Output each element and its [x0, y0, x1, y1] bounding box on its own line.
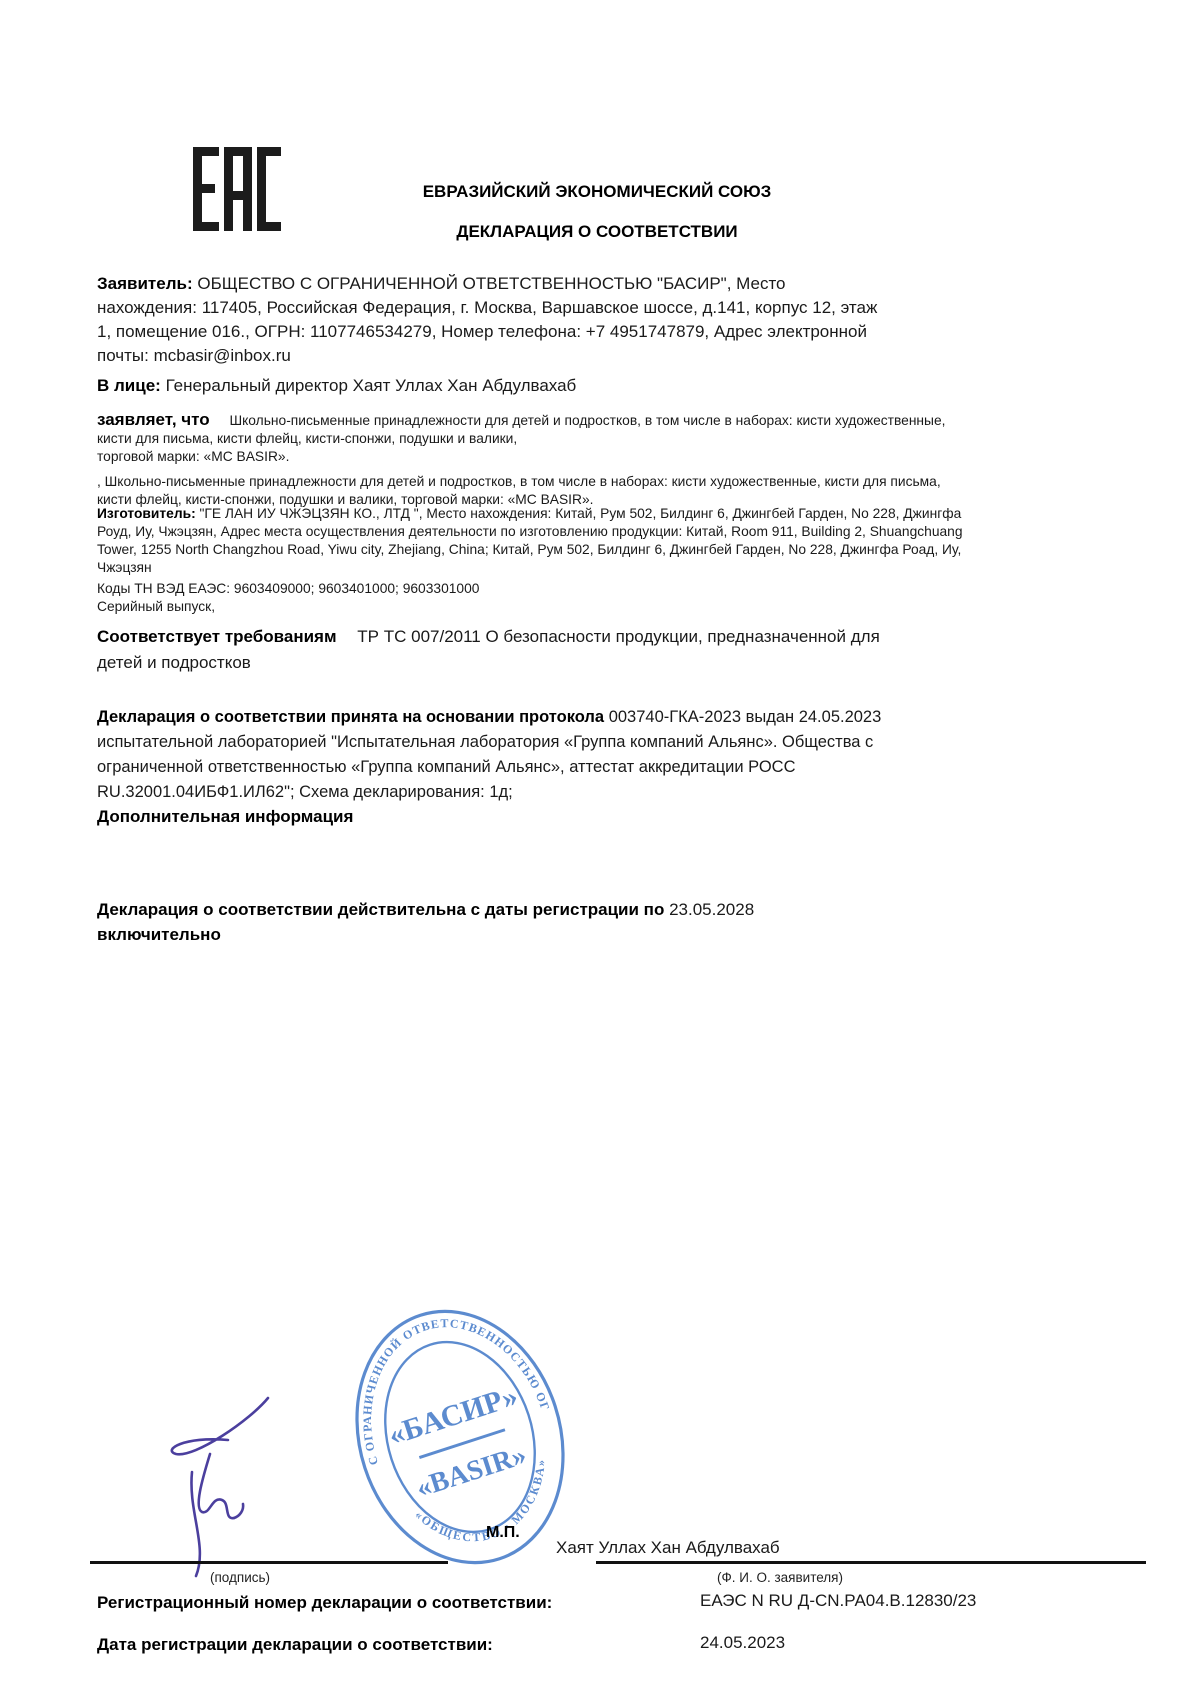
product-brand-line: торговой марки: «МС BASIR». — [97, 448, 1097, 466]
person-paragraph: В лице: Генеральный директор Хаят Уллах … — [97, 374, 1097, 398]
product-repeat-paragraph: , Школьно-письменные принадлежности для … — [97, 473, 1097, 509]
manufacturer-line4: Чжэцзян — [97, 559, 1097, 577]
validity-label: Декларация о соответствии действительна … — [97, 900, 664, 919]
basis-label: Декларация о соответствии принята на осн… — [97, 708, 604, 726]
compliance-label: Соответствует требованиям — [97, 627, 337, 646]
fullname-caption: (Ф. И. О. заявителя) — [640, 1570, 920, 1585]
stamp-center-latin: «BASIR» — [412, 1439, 530, 1504]
registration-date-value: 24.05.2023 — [700, 1633, 785, 1653]
header-doc-title: ДЕКЛАРАЦИЯ О СООТВЕТСТВИИ — [97, 220, 1097, 244]
applicant-paragraph: Заявитель: ОБЩЕСТВО С ОГРАНИЧЕННОЙ ОТВЕТ… — [97, 272, 1097, 368]
applicant-fullname: Хаят Уллах Хан Абдулвахаб — [556, 1536, 780, 1560]
declares-paragraph: заявляет, что Школьно-письменные принадл… — [97, 411, 1097, 466]
declares-label: заявляет, что — [97, 410, 210, 429]
compliance-paragraph: Соответствует требованиям ТР ТС 007/2011… — [97, 624, 1097, 676]
signature-caption: (подпись) — [150, 1570, 330, 1585]
manufacturer-line2: Роуд, Иу, Чжэцзян, Адрес места осуществл… — [97, 523, 1097, 541]
validity-suffix: включительно — [97, 922, 1097, 947]
company-stamp: С ОГРАНИЧЕННОЙ ОТВЕТСТВЕННОСТЬЮ ОГРН 110… — [330, 1272, 590, 1602]
signature-line-left — [90, 1561, 448, 1564]
signature-scribble — [150, 1380, 280, 1580]
manufacturer-paragraph: Изготовитель: "ГЕ ЛАН ИУ ЧЖЭЦЗЯН КО., ЛТ… — [97, 505, 1097, 577]
stamp-center-cyrillic: «БАСИР» — [384, 1379, 521, 1452]
basis-line3: ограниченной ответственностью «Группа ко… — [97, 755, 1097, 780]
manufacturer-line3: Tower, 1255 North Changzhou Road, Yiwu c… — [97, 541, 1097, 559]
declaration-document-page: ЕВРАЗИЙСКИЙ ЭКОНОМИЧЕСКИЙ СОЮЗ ДЕКЛАРАЦИ… — [0, 0, 1190, 1683]
validity-paragraph: Декларация о соответствии действительна … — [97, 897, 1097, 947]
stamp-place-label: М.П. — [486, 1524, 520, 1542]
applicant-line4: почты: mcbasir@inbox.ru — [97, 344, 1097, 368]
product-line2: кисти для письма, кисти флейц, кисти-спо… — [97, 430, 1097, 448]
additional-info-heading: Дополнительная информация — [97, 805, 1097, 829]
applicant-line1: ОБЩЕСТВО С ОГРАНИЧЕННОЙ ОТВЕТСТВЕННОСТЬЮ… — [197, 274, 785, 293]
basis-line1: 003740-ГКА-2023 выдан 24.05.2023 — [609, 708, 882, 726]
applicant-line2: нахождения: 117405, Российская Федерация… — [97, 296, 1097, 320]
registration-number-value: ЕАЭС N RU Д-CN.РА04.В.12830/23 — [700, 1591, 976, 1611]
manufacturer-label: Изготовитель: — [97, 506, 196, 521]
compliance-line1: ТР ТС 007/2011 О безопасности продукции,… — [357, 627, 880, 646]
compliance-line2: детей и подростков — [97, 650, 1097, 676]
repeat-line1: , Школьно-письменные принадлежности для … — [97, 473, 1097, 491]
tnved-codes: Коды ТН ВЭД ЕАЭС: 9603409000; 9603401000… — [97, 580, 1097, 598]
product-line1: Школьно-письменные принадлежности для де… — [229, 413, 945, 428]
basis-line4: RU.32001.04ИБФ1.ИЛ62"; Схема декларирова… — [97, 780, 1097, 805]
registration-number-label: Регистрационный номер декларации о соотв… — [97, 1591, 552, 1615]
person-text: Генеральный директор Хаят Уллах Хан Абду… — [166, 376, 577, 395]
applicant-line3: 1, помещение 016., ОГРН: 1107746534279, … — [97, 320, 1097, 344]
validity-date: 23.05.2028 — [669, 900, 754, 919]
manufacturer-line1: "ГЕ ЛАН ИУ ЧЖЭЦЗЯН КО., ЛТД ", Место нах… — [200, 506, 962, 521]
serial-release: Серийный выпуск, — [97, 598, 1097, 616]
basis-paragraph: Декларация о соответствии принята на осн… — [97, 705, 1097, 805]
basis-line2: испытательной лабораторией "Испытательна… — [97, 730, 1097, 755]
person-label: В лице: — [97, 376, 161, 395]
applicant-label: Заявитель: — [97, 274, 193, 293]
signature-line-right — [596, 1561, 1146, 1564]
header-union: ЕВРАЗИЙСКИЙ ЭКОНОМИЧЕСКИЙ СОЮЗ — [97, 180, 1097, 204]
registration-date-label: Дата регистрации декларации о соответств… — [97, 1633, 493, 1657]
